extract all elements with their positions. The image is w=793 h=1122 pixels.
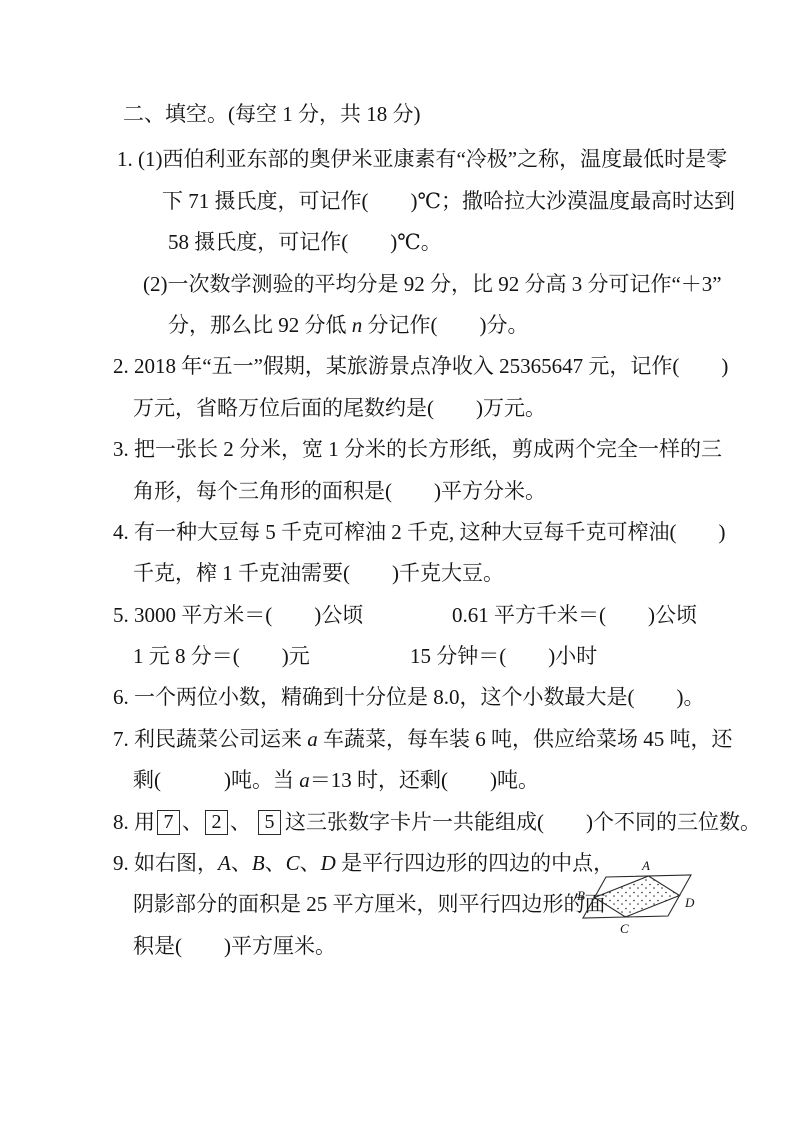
math-variable: a <box>299 768 310 792</box>
text-segment: 、 <box>300 851 321 875</box>
text-segment: 、 <box>265 851 286 875</box>
q4-line2: 千克，榨 1 千克油需要( )千克大豆。 <box>113 553 691 594</box>
text-segment: 4. 有一种大豆每 5 千克可榨油 2 千克, 这种大豆每千克可榨油( ) <box>113 520 725 544</box>
q8-line1: 8. 用7、2、5这三张数字卡片一共能组成( )个不同的三位数。 <box>113 802 691 843</box>
text-segment: 7. 利民蔬菜公司运来 <box>113 727 307 751</box>
q3-line1: 3. 把一张长 2 分米，宽 1 分米的长方形纸，剪成两个完全一样的三 <box>113 429 691 470</box>
text-segment: 1 元 8 分＝( )元 <box>133 644 310 668</box>
text-segment: 5. 3000 平方米＝( )公顷 <box>113 603 363 627</box>
text-segment: 3. 把一张长 2 分米，宽 1 分米的长方形纸，剪成两个完全一样的三 <box>113 437 722 461</box>
q2-line2: 万元，省略万位后面的尾数约是( )万元。 <box>113 388 691 429</box>
parallelogram-diagram: A B D C <box>576 858 713 946</box>
text-segment: 6. 一个两位小数，精确到十分位是 8.0，这个小数最大是( )。 <box>113 685 704 709</box>
text-segment: 58 摄氏度，可记作( )℃。 <box>168 230 442 254</box>
text-segment: 、 <box>231 851 252 875</box>
math-variable: a <box>307 727 318 751</box>
text-segment: 下 71 摄氏度，可记作( )℃；撒哈拉大沙漠温度最高时达到 <box>162 189 735 213</box>
digit-card: 7 <box>157 810 180 835</box>
text-segment: 分，那么比 92 分低 <box>168 313 352 337</box>
q5-line1: 5. 3000 平方米＝( )公顷0.61 平方千米＝( )公顷 <box>113 595 691 636</box>
q3-line2: 角形，每个三角形的面积是( )平方分米。 <box>113 471 691 512</box>
text-segment: ＝13 时，还剩( )吨。 <box>310 768 539 792</box>
q6-line1: 6. 一个两位小数，精确到十分位是 8.0，这个小数最大是( )。 <box>113 677 691 718</box>
text-segment: 1. (1)西伯利亚东部的奥伊米亚康素有“冷极”之称，温度最低时是零 <box>117 147 727 171</box>
question-area: 二、填空。(每空 1 分，共 18 分)1. (1)西伯利亚东部的奥伊米亚康素有… <box>113 94 691 967</box>
q4-line1: 4. 有一种大豆每 5 千克可榨油 2 千克, 这种大豆每千克可榨油( ) <box>113 512 691 553</box>
vertex-label-b: B <box>577 888 585 903</box>
q1-part2-line2: 分，那么比 92 分低 n 分记作( )分。 <box>113 305 691 346</box>
vertex-label-a: A <box>641 858 650 873</box>
q5-line2: 1 元 8 分＝( )元15 分钟＝( )小时 <box>113 636 691 677</box>
text-segment: 这三张数字卡片一共能组成( )个不同的三位数。 <box>285 810 761 834</box>
vertex-label-c: C <box>620 921 629 936</box>
math-variable: B <box>252 851 265 875</box>
vertex-label-d: D <box>684 895 695 910</box>
q7-line1: 7. 利民蔬菜公司运来 a 车蔬菜，每车装 6 吨，供应给菜场 45 吨，还 <box>113 719 691 760</box>
q1-part1-line1: 1. (1)西伯利亚东部的奥伊米亚康素有“冷极”之称，温度最低时是零 <box>113 139 691 180</box>
q1-part1-line3: 58 摄氏度，可记作( )℃。 <box>113 222 691 263</box>
q1-part1-line2: 下 71 摄氏度，可记作( )℃；撒哈拉大沙漠温度最高时达到 <box>113 181 691 222</box>
q1-part2-line1: (2)一次数学测验的平均分是 92 分，比 92 分高 3 分可记作“＋3” <box>113 264 691 305</box>
text-segment: 阴影部分的面积是 25 平方厘米，则平行四边形的面 <box>133 892 606 916</box>
text-segment: 是平行四边形的四边的中点， <box>336 851 614 875</box>
text-segment: 、 <box>182 810 203 834</box>
text-segment: 9. 如右图， <box>113 851 218 875</box>
q7-line2: 剩( )吨。当 a＝13 时，还剩( )吨。 <box>113 760 691 801</box>
math-variable: n <box>352 313 363 337</box>
math-variable: D <box>321 851 336 875</box>
shaded-midpoint-quadrilateral <box>595 876 680 917</box>
text-segment: 15 分钟＝( )小时 <box>410 636 597 677</box>
math-variable: A <box>218 851 231 875</box>
text-segment: 车蔬菜，每车装 6 吨，供应给菜场 45 吨，还 <box>318 727 733 751</box>
text-segment: (2)一次数学测验的平均分是 92 分，比 92 分高 3 分可记作“＋3” <box>143 272 722 296</box>
text-segment: 万元，省略万位后面的尾数约是( )万元。 <box>133 396 546 420</box>
text-segment: 、 <box>230 810 251 834</box>
text-segment: 角形，每个三角形的面积是( )平方分米。 <box>133 479 546 503</box>
text-segment: 剩( )吨。当 <box>133 768 299 792</box>
text-segment: 千克，榨 1 千克油需要( )千克大豆。 <box>133 561 504 585</box>
text-segment: 8. 用 <box>113 810 155 834</box>
digit-card: 2 <box>205 810 228 835</box>
parallelogram-figure: A B D C <box>576 858 713 946</box>
digit-card: 5 <box>258 810 281 835</box>
text-segment: 二、填空。(每空 1 分，共 18 分) <box>123 102 421 126</box>
q2-line1: 2. 2018 年“五一”假期，某旅游景点净收入 25365647 元，记作( … <box>113 346 691 387</box>
worksheet-page: 二、填空。(每空 1 分，共 18 分)1. (1)西伯利亚东部的奥伊米亚康素有… <box>0 0 793 1122</box>
text-segment: 分记作( )分。 <box>362 313 528 337</box>
math-variable: C <box>286 851 300 875</box>
section-title: 二、填空。(每空 1 分，共 18 分) <box>113 94 691 135</box>
text-segment: 2. 2018 年“五一”假期，某旅游景点净收入 25365647 元，记作( … <box>113 354 728 378</box>
text-segment: 0.61 平方千米＝( )公顷 <box>452 595 697 636</box>
text-segment: 积是( )平方厘米。 <box>133 934 336 958</box>
